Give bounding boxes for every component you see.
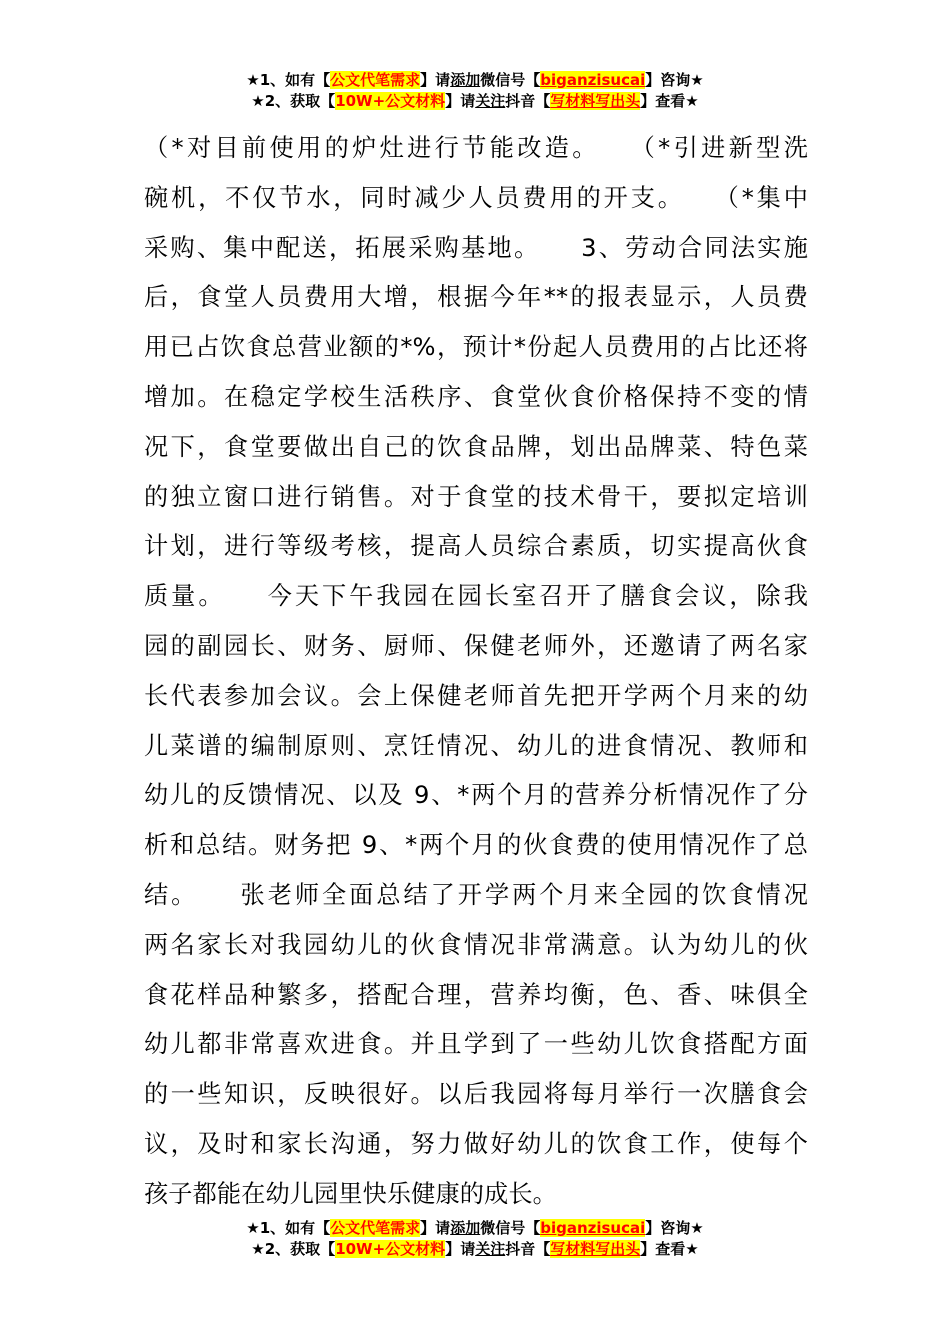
text-line: 用已占饮食总营业额的*%，预计*份起人员费用的占比还将 xyxy=(144,323,808,373)
text-line: 碗机，不仅节水，同时减少人员费用的开支。 （*集中 xyxy=(144,174,808,224)
banner-text: 】请 xyxy=(445,92,475,110)
text-line: 采购、集中配送，拓展采购基地。 3、劳动合同法实施 xyxy=(144,224,808,274)
banner-text: 】请 xyxy=(420,71,450,89)
banner-text: 】请 xyxy=(445,1240,475,1258)
douyin-account: 写材料写出头 xyxy=(550,1240,640,1258)
banner-text: ★2、获取【 xyxy=(251,1240,335,1258)
banner-text: ★1、如有【 xyxy=(246,1219,330,1237)
text-line: 幼儿都非常喜欢进食。并且学到了一些幼儿饮食搭配方面 xyxy=(144,1020,808,1070)
banner-text: 微信号【 xyxy=(480,1219,540,1237)
banner-text: 】查看★ xyxy=(640,92,698,110)
underlined-text: 添加 xyxy=(450,1219,480,1237)
text-line: 两名家长对我园幼儿的伙食情况非常满意。认为幼儿的伙 xyxy=(144,921,808,971)
banner-text: 】咨询★ xyxy=(645,1219,703,1237)
banner-text: 微信号【 xyxy=(480,71,540,89)
banner-text: 抖音【 xyxy=(505,92,550,110)
text-line: 质量。 今天下午我园在园长室召开了膳食会议，除我 xyxy=(144,572,808,622)
text-line: 后，食堂人员费用大增，根据今年**的报表显示，人员费 xyxy=(144,273,808,323)
header-banner: ★1、如有【公文代笔需求】请添加微信号【biganzisucai】咨询★ ★2、… xyxy=(0,70,950,112)
text-line: 长代表参加会议。会上保健老师首先把开学两个月来的幼 xyxy=(144,672,808,722)
highlight-service: 公文代笔需求 xyxy=(330,71,420,89)
text-line: 结。 张老师全面总结了开学两个月来全园的饮食情况 xyxy=(144,871,808,921)
wechat-id: biganzisucai xyxy=(540,71,645,89)
text-line: 计划，进行等级考核，提高人员综合素质，切实提高伙食 xyxy=(144,522,808,572)
text-line: 孩子都能在幼儿园里快乐健康的成长。 xyxy=(144,1170,808,1220)
underlined-text: 添加 xyxy=(450,71,480,89)
highlight-materials: 10W+公文材料 xyxy=(335,1240,445,1258)
footer-banner: ★1、如有【公文代笔需求】请添加微信号【biganzisucai】咨询★ ★2、… xyxy=(0,1218,950,1260)
text-line: 析和总结。财务把 9、*两个月的伙食费的使用情况作了总 xyxy=(144,821,808,871)
banner-text: 】请 xyxy=(420,1219,450,1237)
banner-text: 】咨询★ xyxy=(645,71,703,89)
banner-line-2: ★2、获取【10W+公文材料】请关注抖音【写材料写出头】查看★ xyxy=(0,91,950,112)
wechat-id: biganzisucai xyxy=(540,1219,645,1237)
underlined-text: 关注 xyxy=(475,1240,505,1258)
text-line: 食花样品种繁多，搭配合理，营养均衡，色、香、味俱全 xyxy=(144,971,808,1021)
text-line: （*对目前使用的炉灶进行节能改造。 （*引进新型洗 xyxy=(144,124,808,174)
text-line: 幼儿的反馈情况、以及 9、*两个月的营养分析情况作了分 xyxy=(144,771,808,821)
text-line: 儿菜谱的编制原则、烹饪情况、幼儿的进食情况、教师和 xyxy=(144,722,808,772)
banner-line-2: ★2、获取【10W+公文材料】请关注抖音【写材料写出头】查看★ xyxy=(0,1239,950,1260)
text-line: 增加。在稳定学校生活秩序、食堂伙食价格保持不变的情 xyxy=(144,373,808,423)
douyin-account: 写材料写出头 xyxy=(550,92,640,110)
underlined-text: 关注 xyxy=(475,92,505,110)
text-line: 园的副园长、财务、厨师、保健老师外，还邀请了两名家 xyxy=(144,622,808,672)
text-line: 况下，食堂要做出自己的饮食品牌，划出品牌菜、特色菜 xyxy=(144,423,808,473)
banner-text: ★1、如有【 xyxy=(246,71,330,89)
banner-text: 抖音【 xyxy=(505,1240,550,1258)
text-line: 议，及时和家长沟通，努力做好幼儿的饮食工作，使每个 xyxy=(144,1120,808,1170)
banner-text: ★2、获取【 xyxy=(251,92,335,110)
highlight-materials: 10W+公文材料 xyxy=(335,92,445,110)
banner-line-1: ★1、如有【公文代笔需求】请添加微信号【biganzisucai】咨询★ xyxy=(0,70,950,91)
text-line: 的一些知识，反映很好。以后我园将每月举行一次膳食会 xyxy=(144,1070,808,1120)
banner-text: 】查看★ xyxy=(640,1240,698,1258)
banner-line-1: ★1、如有【公文代笔需求】请添加微信号【biganzisucai】咨询★ xyxy=(0,1218,950,1239)
document-body: （*对目前使用的炉灶进行节能改造。 （*引进新型洗 碗机，不仅节水，同时减少人员… xyxy=(144,124,808,1220)
highlight-service: 公文代笔需求 xyxy=(330,1219,420,1237)
text-line: 的独立窗口进行销售。对于食堂的技术骨干，要拟定培训 xyxy=(144,473,808,523)
